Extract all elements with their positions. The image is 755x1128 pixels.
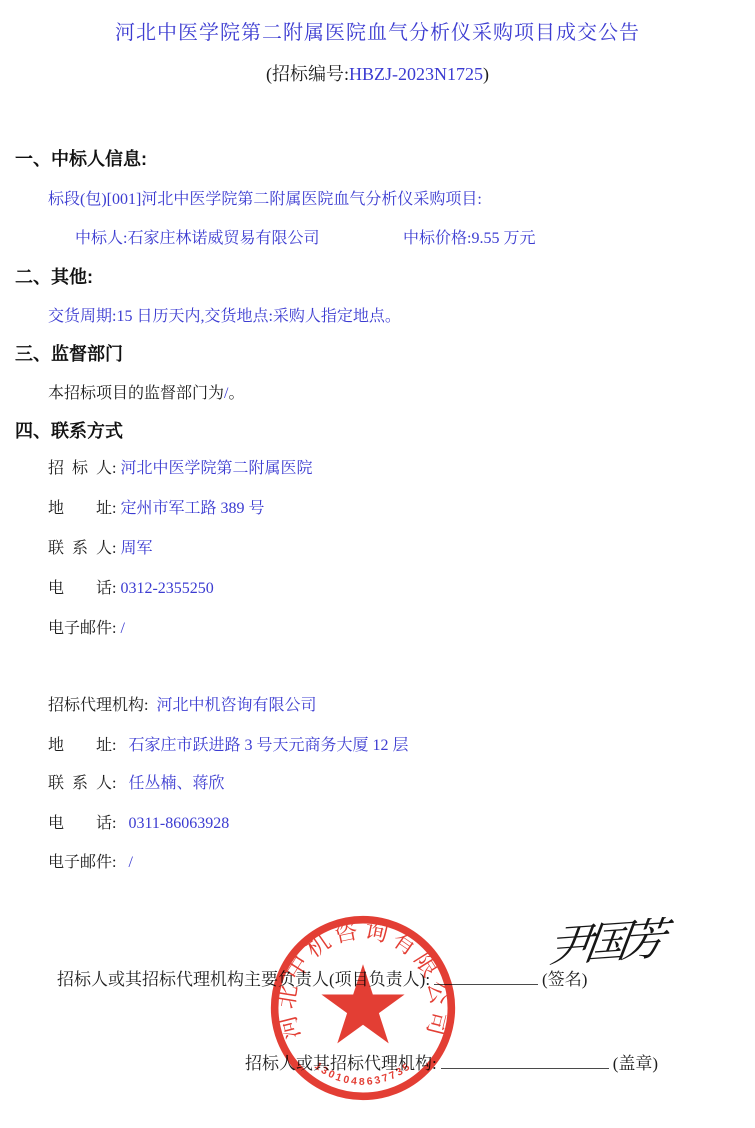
stamp-line-label: 招标人或其招标代理机构:: [245, 1054, 437, 1073]
tender-number-line: (招标编号:HBZJ-2023N1725): [0, 63, 755, 86]
contact-value: 定州市军工路 389 号: [120, 500, 264, 517]
contact-label: 电 话:: [48, 580, 116, 597]
stamp-line-agency: 招标人或其招标代理机构:(盖章): [245, 1050, 658, 1074]
company-seal-stamp: 河北中机咨询有限公司 1301048637735: [268, 913, 458, 1103]
stamp-suffix: (盖章): [613, 1054, 658, 1073]
signature-line-label: 招标人或其招标代理机构主要负责人(项目负责人):: [57, 970, 430, 989]
contact-row-email: 电子邮件:/: [48, 619, 125, 639]
document-page: 河北中医学院第二附属医院血气分析仪采购项目成交公告 (招标编号:HBZJ-202…: [0, 0, 755, 1128]
signature-suffix: (签名): [542, 970, 587, 989]
contact-value: /: [128, 854, 132, 871]
contact-label: 地 址:: [48, 737, 116, 754]
signature-line-principal: 招标人或其招标代理机构主要负责人(项目负责人):(签名): [57, 966, 587, 990]
lot-line: 标段(包)[001]河北中医学院第二附属医院血气分析仪采购项目:: [48, 190, 482, 210]
winner-label: 中标人:: [75, 230, 127, 247]
agency-row-person: 联 系 人:任丛楠、蒋欣: [48, 774, 224, 794]
supervision-prefix: 本招标项目的监督部门为: [48, 385, 224, 402]
delivery-terms-line: 交货周期:15 日历天内,交货地点:采购人指定地点。: [48, 307, 401, 327]
contact-label: 电子邮件:: [48, 854, 116, 871]
section-heading-winner-info: 一、中标人信息:: [15, 148, 147, 171]
contact-row-person: 联 系 人:周军: [48, 539, 152, 559]
supervision-line: 本招标项目的监督部门为/。: [48, 384, 244, 404]
price-label-and-value: 中标价格:9.55 万元: [403, 229, 535, 249]
page-title: 河北中医学院第二附属医院血气分析仪采购项目成交公告: [0, 21, 755, 46]
agency-row-phone: 电 话:0311-86063928: [48, 814, 229, 834]
contact-label: 电子邮件:: [48, 620, 116, 637]
stamp-blank-line: [441, 1050, 609, 1069]
contact-row-tenderer: 招 标 人:河北中医学院第二附属医院: [48, 459, 312, 479]
price-value: 9.55 万元: [471, 230, 535, 247]
tender-number-suffix: ): [483, 64, 489, 84]
winner-label-and-name: 中标人:石家庄林诺威贸易有限公司: [75, 230, 319, 247]
section-heading-contact: 四、联系方式: [15, 420, 123, 443]
tender-number: HBZJ-2023N1725: [349, 64, 483, 84]
price-label: 中标价格:: [403, 230, 471, 247]
agency-row-name: 招标代理机构:河北中机咨询有限公司: [48, 696, 316, 716]
contact-label: 联 系 人:: [48, 775, 116, 792]
contact-label: 电 话:: [48, 815, 116, 832]
contact-value: 石家庄市跃进路 3 号天元商务大厦 12 层: [128, 737, 408, 754]
section-heading-supervision: 三、监督部门: [15, 343, 123, 366]
contact-label: 联 系 人:: [48, 540, 116, 557]
winner-name: 石家庄林诺威贸易有限公司: [127, 230, 319, 247]
contact-label: 地 址:: [48, 500, 116, 517]
contact-row-phone: 电 话:0312-2355250: [48, 579, 214, 599]
supervision-suffix: 。: [228, 385, 244, 402]
handwritten-signature: 尹国芳: [545, 918, 662, 970]
contact-label: 招标代理机构:: [48, 697, 148, 714]
tender-number-prefix: (招标编号:: [266, 64, 349, 84]
contact-value: 河北中医学院第二附属医院: [120, 460, 312, 477]
contact-value: 周军: [120, 540, 152, 557]
contact-value: 河北中机咨询有限公司: [156, 697, 316, 714]
agency-row-address: 地 址:石家庄市跃进路 3 号天元商务大厦 12 层: [48, 736, 408, 756]
signature-blank-line: [434, 966, 538, 985]
contact-row-address: 地 址:定州市军工路 389 号: [48, 499, 264, 519]
agency-row-email: 电子邮件:/: [48, 853, 133, 873]
contact-label: 招 标 人:: [48, 460, 116, 477]
winner-line: 中标人:石家庄林诺威贸易有限公司 中标价格:9.55 万元: [0, 229, 755, 249]
contact-value: 0311-86063928: [128, 815, 229, 832]
contact-value: 任丛楠、蒋欣: [128, 775, 224, 792]
contact-value: /: [120, 620, 124, 637]
section-heading-other: 二、其他:: [15, 266, 93, 289]
contact-value: 0312-2355250: [120, 580, 213, 597]
